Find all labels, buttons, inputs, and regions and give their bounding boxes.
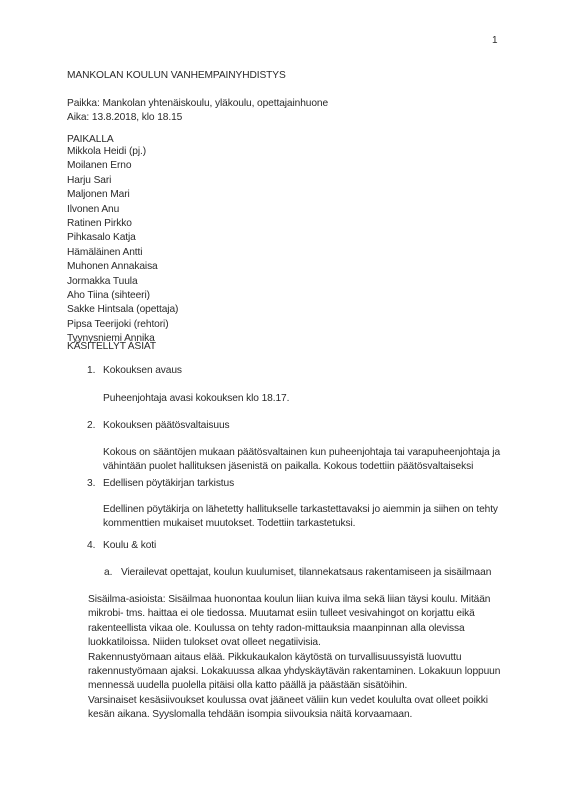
- item-body: Kokous on sääntöjen mukaan päätösvaltain…: [103, 446, 500, 475]
- meeting-time: Aika: 13.8.2018, klo 18.15: [67, 112, 182, 123]
- item-title: Kokouksen avaus: [103, 365, 182, 376]
- body-line: Rakennustyömaan aitaus elää. Pikkukaukal…: [88, 651, 500, 665]
- attendee: Aho Tiina (sihteeri): [67, 289, 178, 303]
- body-line: Sisäilma-asioista: Sisäilmaa huonontaa k…: [88, 593, 500, 607]
- attendee: Maljonen Mari: [67, 188, 178, 202]
- attendee: Jormakka Tuula: [67, 275, 178, 289]
- item-number: 2.: [87, 420, 95, 431]
- attendee: Mikkola Heidi (pj.): [67, 145, 178, 159]
- item-number: 3.: [87, 478, 95, 489]
- body-line: Kokous on sääntöjen mukaan päätösvaltain…: [103, 446, 500, 460]
- attendee: Muhonen Annakaisa: [67, 260, 178, 274]
- subitem-letter: a.: [104, 567, 112, 578]
- item-number: 1.: [87, 365, 95, 376]
- body-line: mikrobi- tms. haittaa ei ole tiedossa. M…: [88, 607, 500, 621]
- item-title: Kokouksen päätösvaltaisuus: [103, 420, 230, 431]
- body-line: kommenttien mukaiset muutokset. Todettii…: [103, 517, 498, 531]
- attendee: Pihkasalo Katja: [67, 231, 178, 245]
- attendee: Ratinen Pirkko: [67, 217, 178, 231]
- subitem-title: Vierailevat opettajat, koulun kuulumiset…: [121, 567, 491, 578]
- body-line: Edellinen pöytäkirja on lähetetty hallit…: [103, 503, 498, 517]
- item-title: Edellisen pöytäkirjan tarkistus: [103, 478, 234, 489]
- item-number: 4.: [87, 540, 95, 551]
- attendee: Ilvonen Anu: [67, 203, 178, 217]
- attendee: Pipsa Teerijoki (rehtori): [67, 318, 178, 332]
- meeting-place: Paikka: Mankolan yhtenäiskoulu, yläkoulu…: [67, 98, 328, 109]
- item-title: Koulu & koti: [103, 540, 156, 551]
- attendees-list: Mikkola Heidi (pj.) Moilanen Erno Harju …: [67, 145, 178, 346]
- attendee: Harju Sari: [67, 174, 178, 188]
- body-line: rakennustyömaan ajaksi. Lokakuussa alkaa…: [88, 665, 500, 679]
- body-line: vähintään puolet hallituksen jäsenistä o…: [103, 460, 500, 474]
- document-title: MANKOLAN KOULUN VANHEMPAINYHDISTYS: [67, 70, 286, 81]
- attendee: Sakke Hintsala (opettaja): [67, 303, 178, 317]
- agenda-heading: KÄSITELLYT ASIAT: [67, 341, 156, 352]
- attendee: Hämäläinen Antti: [67, 246, 178, 260]
- body-line: Puheenjohtaja avasi kokouksen klo 18.17.: [103, 392, 289, 406]
- page-number: 1: [492, 35, 497, 46]
- body-line: kesän aikana. Syyslomalla tehdään isompi…: [88, 708, 500, 722]
- body-line: mennessä uudella puolella pitäisi olla k…: [88, 679, 500, 693]
- body-line: luokkatiloissa. Niiden tulokset ovat oll…: [88, 636, 500, 650]
- item-body: Puheenjohtaja avasi kokouksen klo 18.17.: [103, 392, 289, 406]
- attendees-heading: PAIKALLA: [67, 134, 114, 145]
- item-body: Edellinen pöytäkirja on lähetetty hallit…: [103, 503, 498, 532]
- item-body: Sisäilma-asioista: Sisäilmaa huonontaa k…: [88, 593, 500, 723]
- body-line: Varsinaiset kesäsiivoukset koulussa ovat…: [88, 694, 500, 708]
- body-line: rakenteellista vikaa ole. Koulussa on te…: [88, 622, 500, 636]
- attendee: Moilanen Erno: [67, 159, 178, 173]
